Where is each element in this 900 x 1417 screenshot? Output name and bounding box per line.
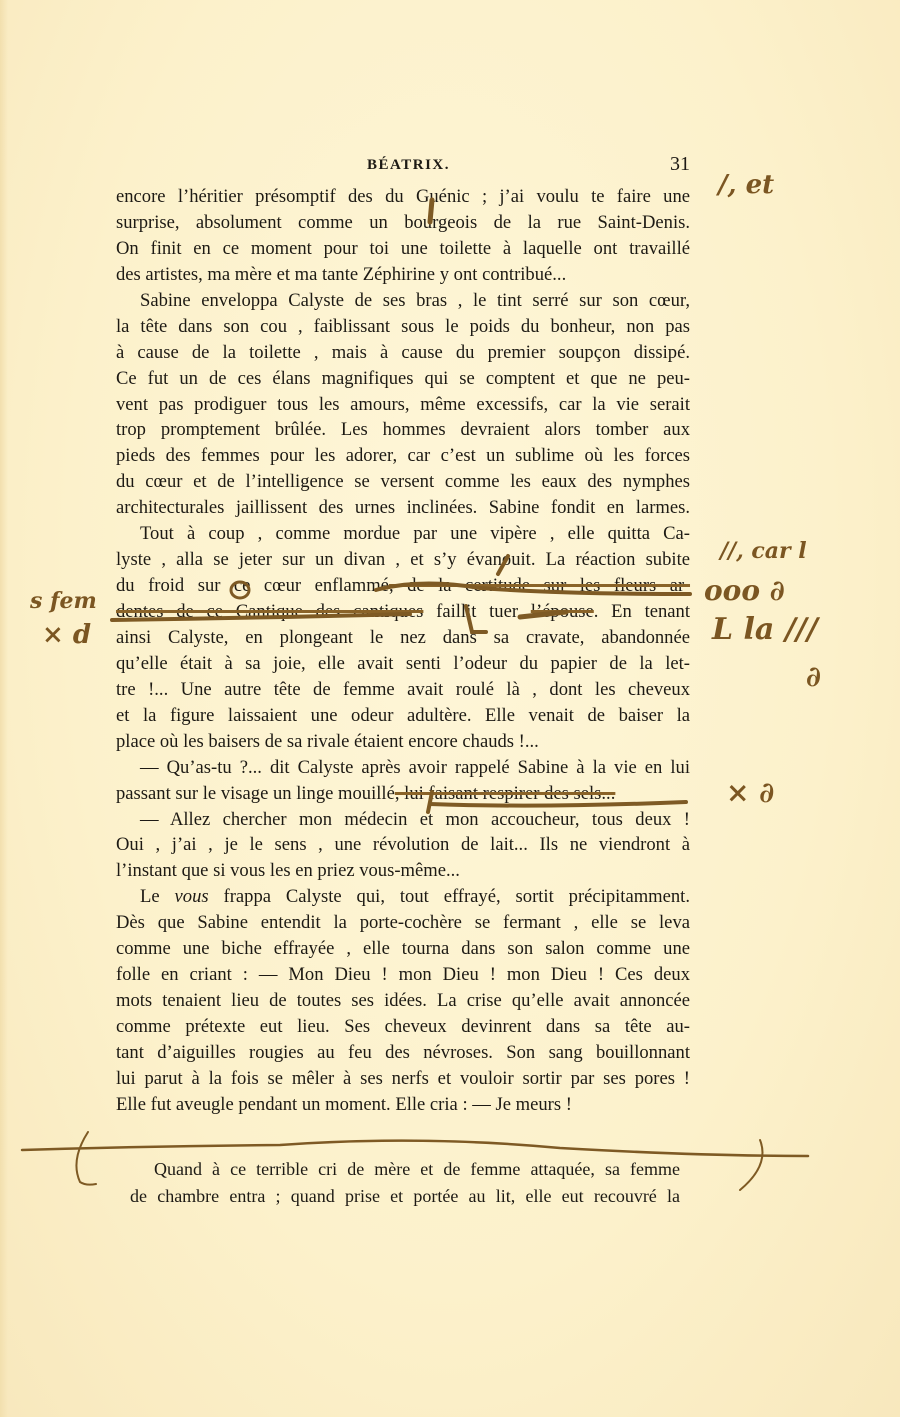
struck-text: dentes de ce Cantique des cantiques [116,601,423,622]
kept-text: du froid sur ce cœur enflammé [116,575,389,596]
text-line: encore l’héritier présomptif des du Guén… [116,184,690,210]
text-line: Le vous frappa Calyste qui, tout effrayé… [116,884,690,910]
body-text: encore l’héritier présomptif des du Guén… [116,184,690,1118]
text-line: mots tenaient lieu de toutes ses idées. … [116,988,690,1014]
text-line: Ce fut un de ces élans magnifiques qui s… [116,366,690,392]
right-bracket-icon [740,1140,763,1190]
text-line: comme une biche effrayée , elle tourna d… [116,936,690,962]
text-line: surprise, absolument comme un bourgeois … [116,210,690,236]
text-line: lyste , alla se jeter sur un divan , et … [116,547,690,573]
struck-text: , lui faisant respirer des sels... [395,783,615,804]
book-page: BÉATRIX. 31 encore l’héritier présomptif… [0,0,900,1417]
kept-text: passant sur le visage un linge mouillé [116,783,395,804]
text-line-edited: du froid sur ce cœur enflammé, de la cer… [116,573,690,599]
text-line: la tête dans son cou , faiblissant sous … [116,314,690,340]
text-line: des artistes, ma mère et ma tante Zéphir… [116,262,690,288]
text-line: — Qu’as-tu ?... dit Calyste après avoir … [116,755,690,781]
kept-text: Le [140,886,175,907]
margin-note-left: s fem [30,588,97,614]
text-line: — Allez chercher mon médecin et mon acco… [116,807,690,833]
text-line: du cœur et de l’intelligence se versent … [116,469,690,495]
text-line-edited: passant sur le visage un linge mouillé, … [116,781,690,807]
text-line: place où les baisers de sa rivale étaien… [116,729,690,755]
text-line: à cause de la toilette , mais à cause du… [116,340,690,366]
text-line: lui parut à la fois se mêler à ses nerfs… [116,1066,690,1092]
running-head: BÉATRIX. 31 [115,155,690,179]
text-line: tre !... Une autre tête de femme avait r… [116,677,690,703]
kept-text: frappa Calyste qui, tout effrayé, sortit… [209,886,690,907]
margin-note-right: L la /// [712,612,818,647]
struck-text: , de la certitude sur les fleurs ar- [389,575,690,596]
text-line: Elle fut aveugle pendant un moment. Elle… [116,1092,690,1118]
text-line: Quand à ce terrible cri de mère et de fe… [130,1156,680,1183]
text-line: Oui , j’ai , je le sens , une révolution… [116,832,690,858]
kept-text: faillit tuer [423,601,530,622]
text-line: l’instant que si vous les en priez vous-… [116,858,690,884]
text-line: pieds des femmes pour les adorer, car c’… [116,443,690,469]
margin-note-right: ∂ [806,660,821,693]
margin-note-right-low: × ∂ [726,776,774,809]
paragraph-rule-icon [22,1141,808,1156]
text-line: architecturales jaillissent des urnes in… [116,495,690,521]
margin-note-right-top: /, et [718,170,774,200]
margin-note-right: ooo ∂ [704,574,785,607]
text-line: Dès que Sabine entendit la porte-cochère… [116,910,690,936]
text-line: tant d’aiguilles rougies au feu des névr… [116,1040,690,1066]
text-line: comme prétexte eut lieu. Ses cheveux dev… [116,1014,690,1040]
margin-note-right: //, car l [720,538,807,564]
text-line: Tout à coup , comme mordue par une vipèr… [116,521,690,547]
text-line-edited: dentes de ce Cantique des cantiques fail… [116,599,690,625]
text-line: vent pas prodiguer tous les amours, même… [116,392,690,418]
page-gutter-shadow [0,0,8,1417]
text-line: ainsi Calyste, en plongeant le nez dans … [116,625,690,651]
kept-text: . En tenant [594,601,690,622]
margin-note-left: × d [42,620,91,650]
text-line: et la figure laissaient une odeur adultè… [116,703,690,729]
italic-word: vous [175,886,209,907]
text-line: trop promptement brûlée. Les hommes devr… [116,417,690,443]
text-line: On finit en ce moment pour toi une toile… [116,236,690,262]
text-line: qu’elle était à sa joie, elle avait sent… [116,651,690,677]
struck-text: l’épouse [531,601,594,622]
left-bracket-icon [76,1132,96,1185]
final-paragraph: Quand à ce terrible cri de mère et de fe… [130,1156,680,1210]
page-number: 31 [670,153,690,176]
text-line: folle en criant : — Mon Dieu ! mon Dieu … [116,962,690,988]
text-line: Sabine enveloppa Calyste de ses bras , l… [116,288,690,314]
running-head-title: BÉATRIX. [367,157,450,174]
text-line: de chambre entra ; quand prise et portée… [130,1183,680,1210]
